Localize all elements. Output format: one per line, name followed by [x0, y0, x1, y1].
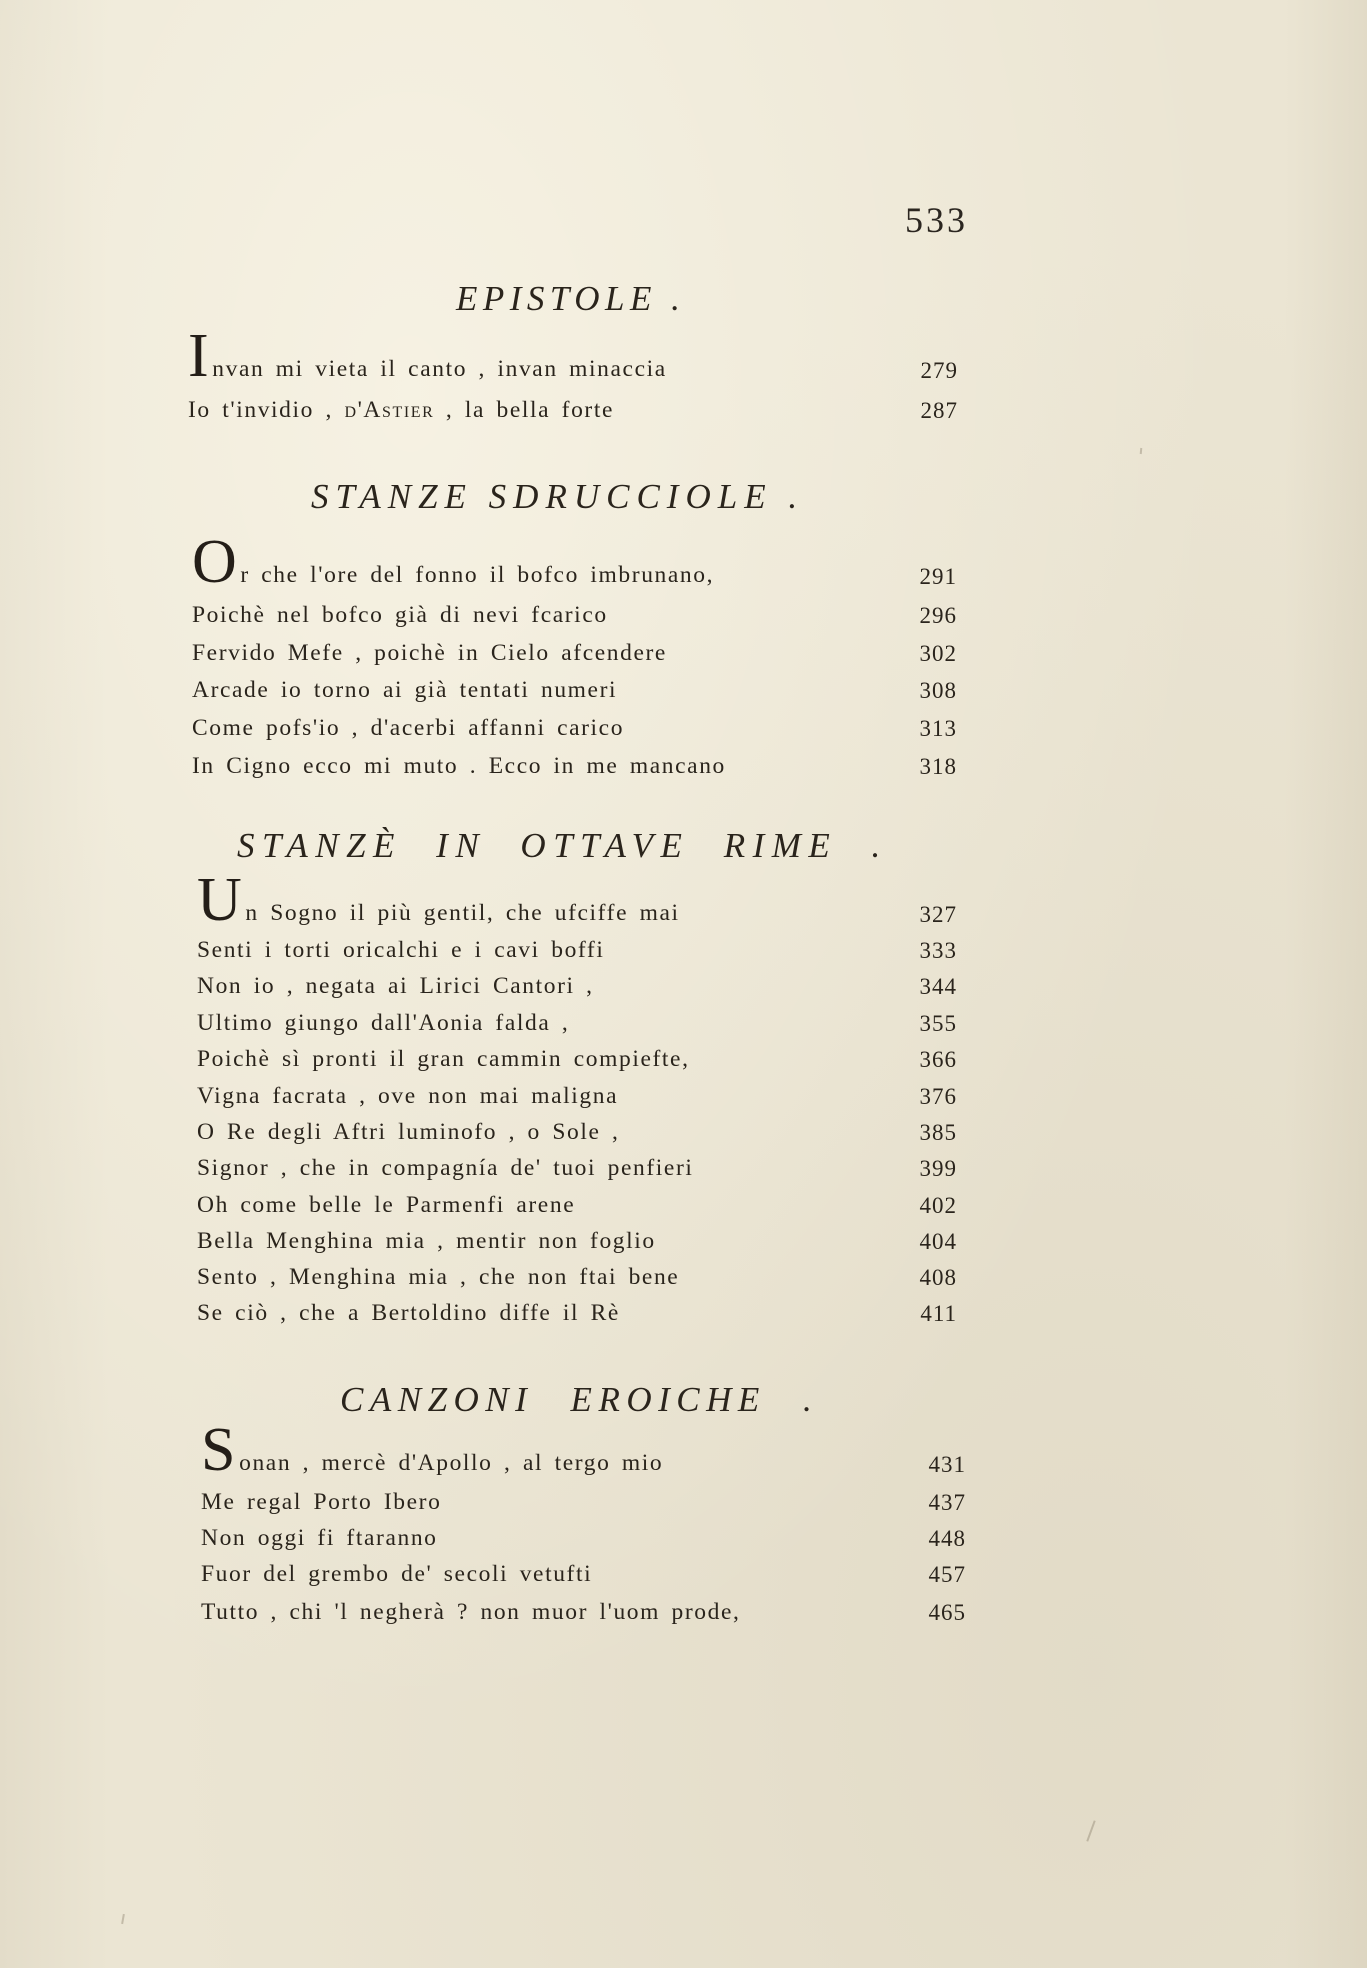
entry-page-number: 408: [920, 1266, 958, 1289]
toc-entry: Bella Menghina mia , mentir non foglio 4…: [197, 1217, 987, 1253]
entry-page-number: 291: [920, 565, 958, 588]
toc-entry: Non oggi fi ftaranno 448: [201, 1514, 991, 1550]
entry-page-number: 355: [920, 1012, 958, 1035]
entry-text-small-caps: d'Astier: [344, 397, 434, 423]
toc-entry: Poichè sì pronti il gran cammin compieft…: [197, 1035, 987, 1071]
entry-page-number: 344: [920, 975, 958, 998]
entry-page-number: 385: [920, 1121, 958, 1144]
toc-entry: O Re degli Aftri luminofo , o Sole , 385: [197, 1108, 987, 1144]
entry-page-number: 318: [920, 755, 958, 778]
entry-page-number: 302: [920, 642, 958, 665]
entry-page-number: 376: [920, 1085, 958, 1108]
entry-text: Non io , negata ai Lirici Cantori ,: [197, 975, 594, 999]
entry-text: Non oggi fi ftaranno: [201, 1527, 438, 1551]
entry-text: Se ciò , che a Bertoldino diffe il Rè: [197, 1302, 620, 1326]
entry-text: n Sogno il più gentil, che ufciffe mai: [245, 900, 679, 926]
toc-entry: Me regal Porto Ibero 437: [201, 1478, 991, 1514]
entry-page-number: 399: [920, 1157, 958, 1180]
entry-text: Arcade io torno ai già tentati numeri: [192, 679, 617, 703]
entry-text: , la bella forte: [434, 397, 614, 423]
toc-entry: Signor , che in compagnía de' tuoi penfi…: [197, 1144, 987, 1180]
section-heading-stanze-sdrucciole: STANZE SDRUCCIOLE .: [311, 479, 804, 514]
entry-page-number: 402: [920, 1194, 958, 1217]
entry-text: Fuor del grembo de' secoli vetufti: [201, 1563, 592, 1587]
entry-text: Vigna facrata , ove non mai maligna: [197, 1085, 618, 1109]
entry-page-number: 327: [920, 903, 958, 926]
toc-entry: Tutto , chi 'l negherà ? non muor l'uom …: [201, 1588, 991, 1624]
entry-page-number: 457: [929, 1563, 967, 1586]
section-heading-epistole: EPISTOLE .: [456, 281, 685, 316]
toc-entry: Come pofs'io , d'acerbi affanni carico 3…: [192, 704, 982, 740]
entry-title: Un Sogno il più gentil, che ufciffe mai: [197, 876, 680, 926]
entry-text: Come pofs'io , d'acerbi affanni carico: [192, 717, 624, 741]
entry-text: Poichè sì pronti il gran cammin compieft…: [197, 1048, 690, 1072]
entry-page-number: 333: [920, 939, 958, 962]
entry-page-number: 448: [929, 1527, 967, 1550]
entry-text: onan , mercè d'Apollo , al tergo mio: [239, 1450, 663, 1476]
entry-page-number: 296: [920, 604, 958, 627]
toc-entry: Arcade io torno ai già tentati numeri 30…: [192, 666, 982, 702]
entry-page-number: 465: [929, 1601, 967, 1624]
toc-entry: Se ciò , che a Bertoldino diffe il Rè 41…: [197, 1289, 987, 1325]
toc-entry: Non io , negata ai Lirici Cantori , 344: [197, 962, 987, 998]
entry-text: Sento , Menghina mia , che non ftai bene: [197, 1266, 679, 1290]
toc-entry: Ultimo giungo dall'Aonia falda , 355: [197, 999, 987, 1035]
entry-text: Fervido Mefe , poichè in Cielo afcendere: [192, 642, 667, 666]
paper-speck: [121, 1914, 125, 1924]
toc-entry: Vigna facrata , ove non mai maligna 376: [197, 1072, 987, 1108]
toc-entry: Poichè nel bofco già di nevi fcarico 296: [192, 591, 982, 627]
paper-speck: [1086, 1820, 1095, 1841]
toc-entry: Un Sogno il più gentil, che ufciffe mai …: [197, 890, 987, 926]
entry-page-number: 411: [920, 1302, 957, 1325]
section-heading-stanze-ottave-rime: STANZÈ IN OTTAVE RIME .: [237, 828, 888, 863]
page-number: 533: [905, 202, 968, 238]
entry-title: Sonan , mercè d'Apollo , al tergo mio: [201, 1426, 663, 1476]
drop-cap: I: [188, 322, 210, 390]
entry-text: Bella Menghina mia , mentir non foglio: [197, 1230, 656, 1254]
entry-text: Tutto , chi 'l negherà ? non muor l'uom …: [201, 1601, 740, 1625]
entry-title: Invan mi vieta il canto , invan minaccia: [188, 332, 667, 382]
entry-text: O Re degli Aftri luminofo , o Sole ,: [197, 1121, 620, 1145]
entry-page-number: 404: [920, 1230, 958, 1253]
entry-text: Ultimo giungo dall'Aonia falda ,: [197, 1012, 569, 1036]
entry-text: nvan mi vieta il canto , invan minaccia: [212, 356, 667, 382]
toc-entry: Io t'invidio , d'Astier , la bella forte…: [188, 386, 978, 422]
entry-page-number: 431: [929, 1453, 967, 1476]
drop-cap: S: [201, 1416, 237, 1484]
entry-page-number: 313: [920, 717, 958, 740]
toc-entry: Sonan , mercè d'Apollo , al tergo mio 43…: [201, 1440, 991, 1476]
entry-title: Io t'invidio , d'Astier , la bella forte: [188, 399, 614, 423]
section-heading-canzoni-eroiche: CANZONI EROICHE .: [340, 1382, 818, 1417]
paper-speck: [1140, 448, 1143, 454]
entry-page-number: 437: [929, 1491, 967, 1514]
toc-entry: Fervido Mefe , poichè in Cielo afcendere…: [192, 629, 982, 665]
toc-entry: Or che l'ore del fonno il bofco imbrunan…: [192, 552, 982, 588]
entry-text: Poichè nel bofco già di nevi fcarico: [192, 604, 608, 628]
entry-page-number: 279: [921, 359, 959, 382]
toc-entry: Fuor del grembo de' secoli vetufti 457: [201, 1550, 991, 1586]
entry-text: Signor , che in compagnía de' tuoi penfi…: [197, 1157, 694, 1181]
entry-text: Io t'invidio ,: [188, 397, 344, 423]
entry-page-number: 287: [921, 399, 959, 422]
entry-text: Senti i torti oricalchi e i cavi boffi: [197, 939, 604, 963]
toc-entry: In Cigno ecco mi muto . Ecco in me manca…: [192, 742, 982, 778]
toc-entry: Invan mi vieta il canto , invan minaccia…: [188, 346, 978, 382]
drop-cap: U: [197, 866, 243, 934]
entry-text: Me regal Porto Ibero: [201, 1491, 441, 1515]
toc-entry: Sento , Menghina mia , che non ftai bene…: [197, 1253, 987, 1289]
entry-text: In Cigno ecco mi muto . Ecco in me manca…: [192, 755, 726, 779]
entry-page-number: 308: [920, 679, 958, 702]
drop-cap: O: [192, 528, 238, 596]
entry-title: Or che l'ore del fonno il bofco imbrunan…: [192, 538, 714, 588]
entry-text: r che l'ore del fonno il bofco imbrunano…: [240, 562, 714, 588]
toc-entry: Oh come belle le Parmenfi arene 402: [197, 1181, 987, 1217]
entry-page-number: 366: [920, 1048, 958, 1071]
toc-entry: Senti i torti oricalchi e i cavi boffi 3…: [197, 926, 987, 962]
entry-text: Oh come belle le Parmenfi arene: [197, 1194, 575, 1218]
